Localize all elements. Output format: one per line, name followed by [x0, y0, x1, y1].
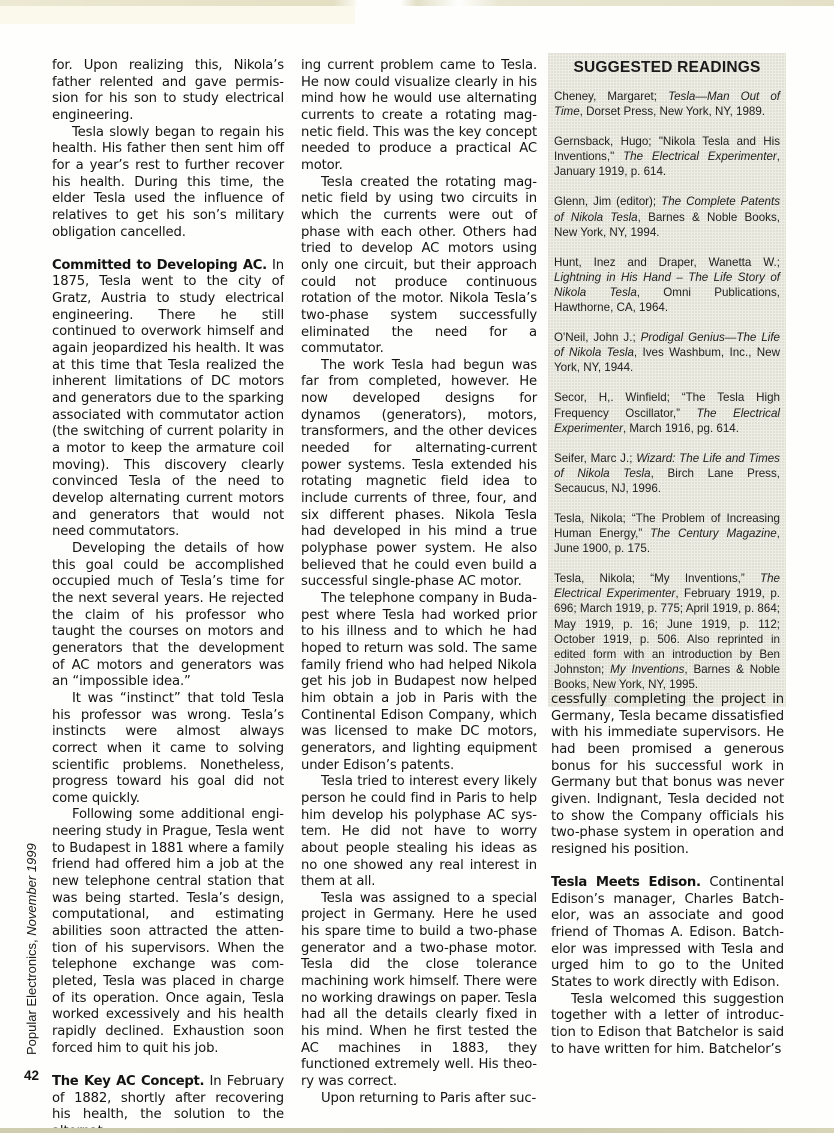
- article-column-2: ing current problem came to Tesla. He no…: [301, 58, 537, 1107]
- paragraph: Tesla tried to interest every likely per…: [301, 774, 537, 891]
- ref-details: , March 1916, pg. 614.: [623, 422, 739, 435]
- article-column-3: cessfully completing the project in Germ…: [551, 692, 784, 1058]
- ref-details: , Dorset Press, New York, NY, 1989.: [580, 105, 765, 118]
- article-column-1: for. Upon realizing this, Nikola’s fathe…: [52, 58, 284, 1133]
- paragraph: Upon returning to Paris after suc-: [301, 1091, 537, 1108]
- scan-top-edge: [0, 0, 834, 6]
- reference-item: O'Neil, John J.; Prodigal Genius—The Lif…: [554, 330, 780, 375]
- reference-item: Tesla, Nikola; “My Inventions,” The Elec…: [554, 571, 780, 692]
- paragraph-text: In 1875, Tesla went to the city of Gratz…: [52, 258, 284, 540]
- ref-title: My Inventions: [610, 663, 684, 676]
- section-paragraph: Committed to Developing AC. In 1875, Tes…: [52, 258, 284, 541]
- paragraph: The telephone company in Buda­pest where…: [301, 591, 537, 774]
- reference-item: Seifer, Marc J.; Wizard: The Life and Ti…: [554, 451, 780, 496]
- ref-author: Tesla, Nikola; “My Inventions,”: [554, 572, 760, 585]
- ref-title: The Century Magazine: [650, 527, 777, 540]
- sidebar-title: SUGGESTED READINGS: [554, 59, 780, 77]
- publication-name: Popular Electronics,: [24, 939, 39, 1055]
- paragraph: The work Tesla had begun was far from co…: [301, 358, 537, 591]
- paragraph: Tesla slowly began to regain his health.…: [52, 125, 284, 242]
- paragraph: Following some additional engi­neering s…: [52, 807, 284, 1057]
- reference-item: Tesla, Nikola; “The Problem of Increasin…: [554, 511, 780, 556]
- reference-item: Glenn, Jim (editor); The Complete Patent…: [554, 194, 780, 239]
- reference-item: Cheney, Margaret; Tesla—Man Out of Time,…: [554, 89, 780, 119]
- section-paragraph: Tesla Meets Edison. Continental Edison’s…: [551, 875, 784, 992]
- paragraph: It was “instinct” that told Tesla his pr…: [52, 691, 284, 808]
- ref-author: Hunt, Inez and Draper, Wanetta W.;: [554, 256, 780, 269]
- paragraph: cessfully completing the project in Germ…: [551, 692, 784, 859]
- ref-author: Glenn, Jim (editor);: [554, 195, 661, 208]
- paragraph: Tesla created the rotating mag­netic fie…: [301, 175, 537, 358]
- reference-item: Gernsback, Hugo; "Nikola Tesla and His I…: [554, 134, 780, 179]
- paragraph: for. Upon realizing this, Nikola’s fathe…: [52, 58, 284, 125]
- publication-folio: Popular Electronics, November 1999: [24, 843, 39, 1055]
- publication-issue: November 1999: [24, 843, 39, 936]
- subheading: The Key AC Concept.: [52, 1074, 204, 1089]
- reference-item: Hunt, Inez and Draper, Wanetta W.; Light…: [554, 255, 780, 315]
- subheading: Tesla Meets Edison.: [551, 875, 701, 890]
- paragraph: Tesla welcomed this suggestion together …: [551, 992, 784, 1059]
- paragraph-text: Continental Edison’s manager, Charles Ba…: [551, 875, 784, 990]
- paragraph: ing current problem came to Tesla. He no…: [301, 58, 537, 175]
- scan-bottom-edge: [0, 1128, 834, 1133]
- reference-item: Secor, H,. Winfield; “The Tesla High Fre…: [554, 390, 780, 435]
- ref-author: O'Neil, John J.;: [554, 331, 641, 344]
- paragraph: Tesla was assigned to a special project …: [301, 891, 537, 1091]
- ref-author: Seifer, Marc J.;: [554, 452, 636, 465]
- section-paragraph: The Key AC Concept. In February of 1882,…: [52, 1074, 284, 1133]
- paragraph: Developing the details of how this goal …: [52, 541, 284, 691]
- suggested-readings-box: SUGGESTED READINGS Cheney, Margaret; Tes…: [548, 53, 786, 707]
- page-number: 42: [24, 1068, 39, 1083]
- ref-title: The Electrical Experimenter: [623, 150, 777, 163]
- subheading: Committed to Developing AC.: [52, 258, 267, 273]
- ref-author: Cheney, Margaret;: [554, 90, 668, 103]
